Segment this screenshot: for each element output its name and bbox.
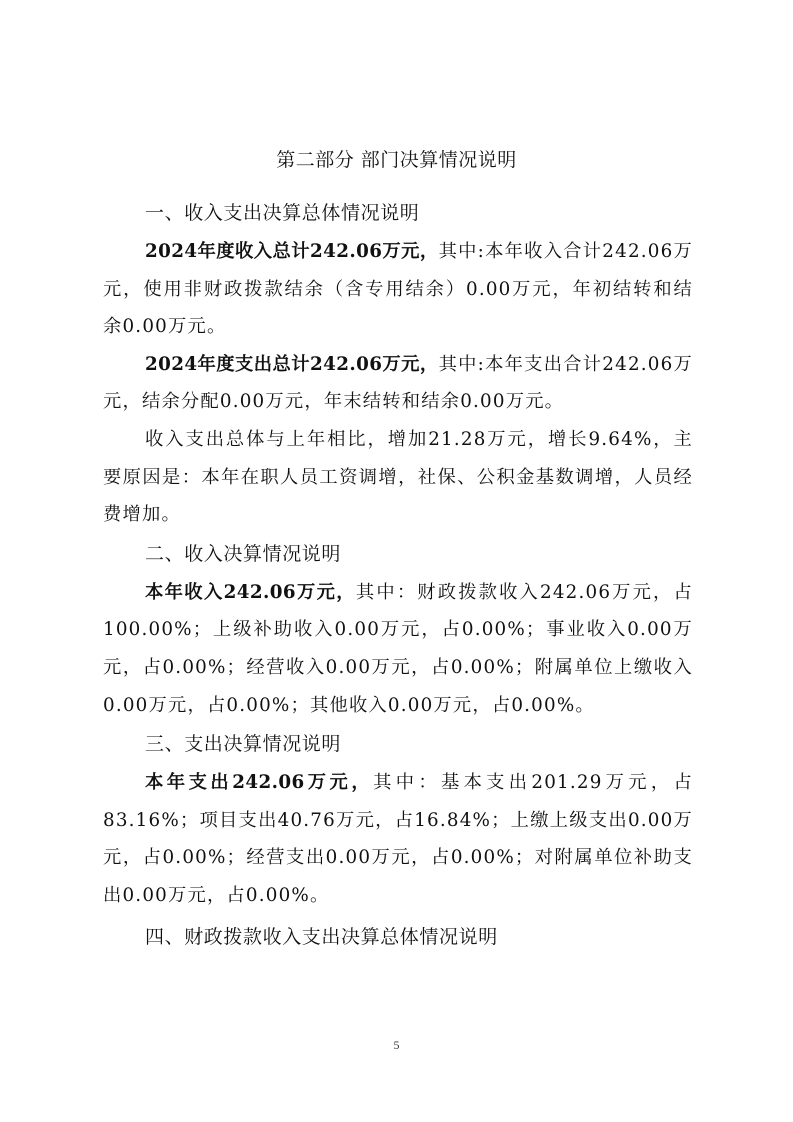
- section-heading-expenditure: 三、支出决算情况说明: [103, 724, 693, 764]
- paragraph-lead-bold: 本年收入242.06万元，: [145, 582, 356, 603]
- document-page: 第二部分 部门决算情况说明 一、收入支出决算总体情况说明 2024年度收入总计2…: [0, 0, 793, 1122]
- paragraph-income-breakdown: 本年收入242.06万元，其中：财政拨款收入242.06万元，占100.00%；…: [103, 574, 693, 724]
- paragraph-total-income: 2024年度收入总计242.06万元，其中:本年收入合计242.06万元，使用非…: [103, 233, 693, 346]
- paragraph-expenditure-breakdown: 本年支出242.06万元，其中：基本支出201.29万元，占83.16%；项目支…: [103, 764, 693, 914]
- section-heading-fiscal-appropriation: 四、财政拨款收入支出决算总体情况说明: [103, 917, 693, 957]
- page-title: 第二部分 部门决算情况说明: [0, 145, 793, 175]
- paragraph-year-comparison: 收入支出总体与上年相比，增加21.28万元，增长9.64%，主要原因是：本年在职…: [103, 421, 693, 534]
- paragraph-text: 收入支出总体与上年相比，增加21.28万元，增长9.64%，主要原因是：本年在职…: [103, 429, 693, 525]
- paragraph-lead-bold: 2024年度支出总计242.06万元，: [145, 354, 439, 375]
- section-heading-income: 二、收入决算情况说明: [103, 534, 693, 574]
- paragraph-lead-bold: 本年支出242.06万元，: [145, 772, 373, 793]
- document-body: 一、收入支出决算总体情况说明 2024年度收入总计242.06万元，其中:本年收…: [103, 193, 693, 957]
- paragraph-lead-bold: 2024年度收入总计242.06万元，: [145, 241, 439, 262]
- section-heading-overall: 一、收入支出决算总体情况说明: [103, 193, 693, 233]
- paragraph-total-expenditure: 2024年度支出总计242.06万元，其中:本年支出合计242.06万元，结余分…: [103, 346, 693, 421]
- page-number: 5: [0, 1038, 793, 1053]
